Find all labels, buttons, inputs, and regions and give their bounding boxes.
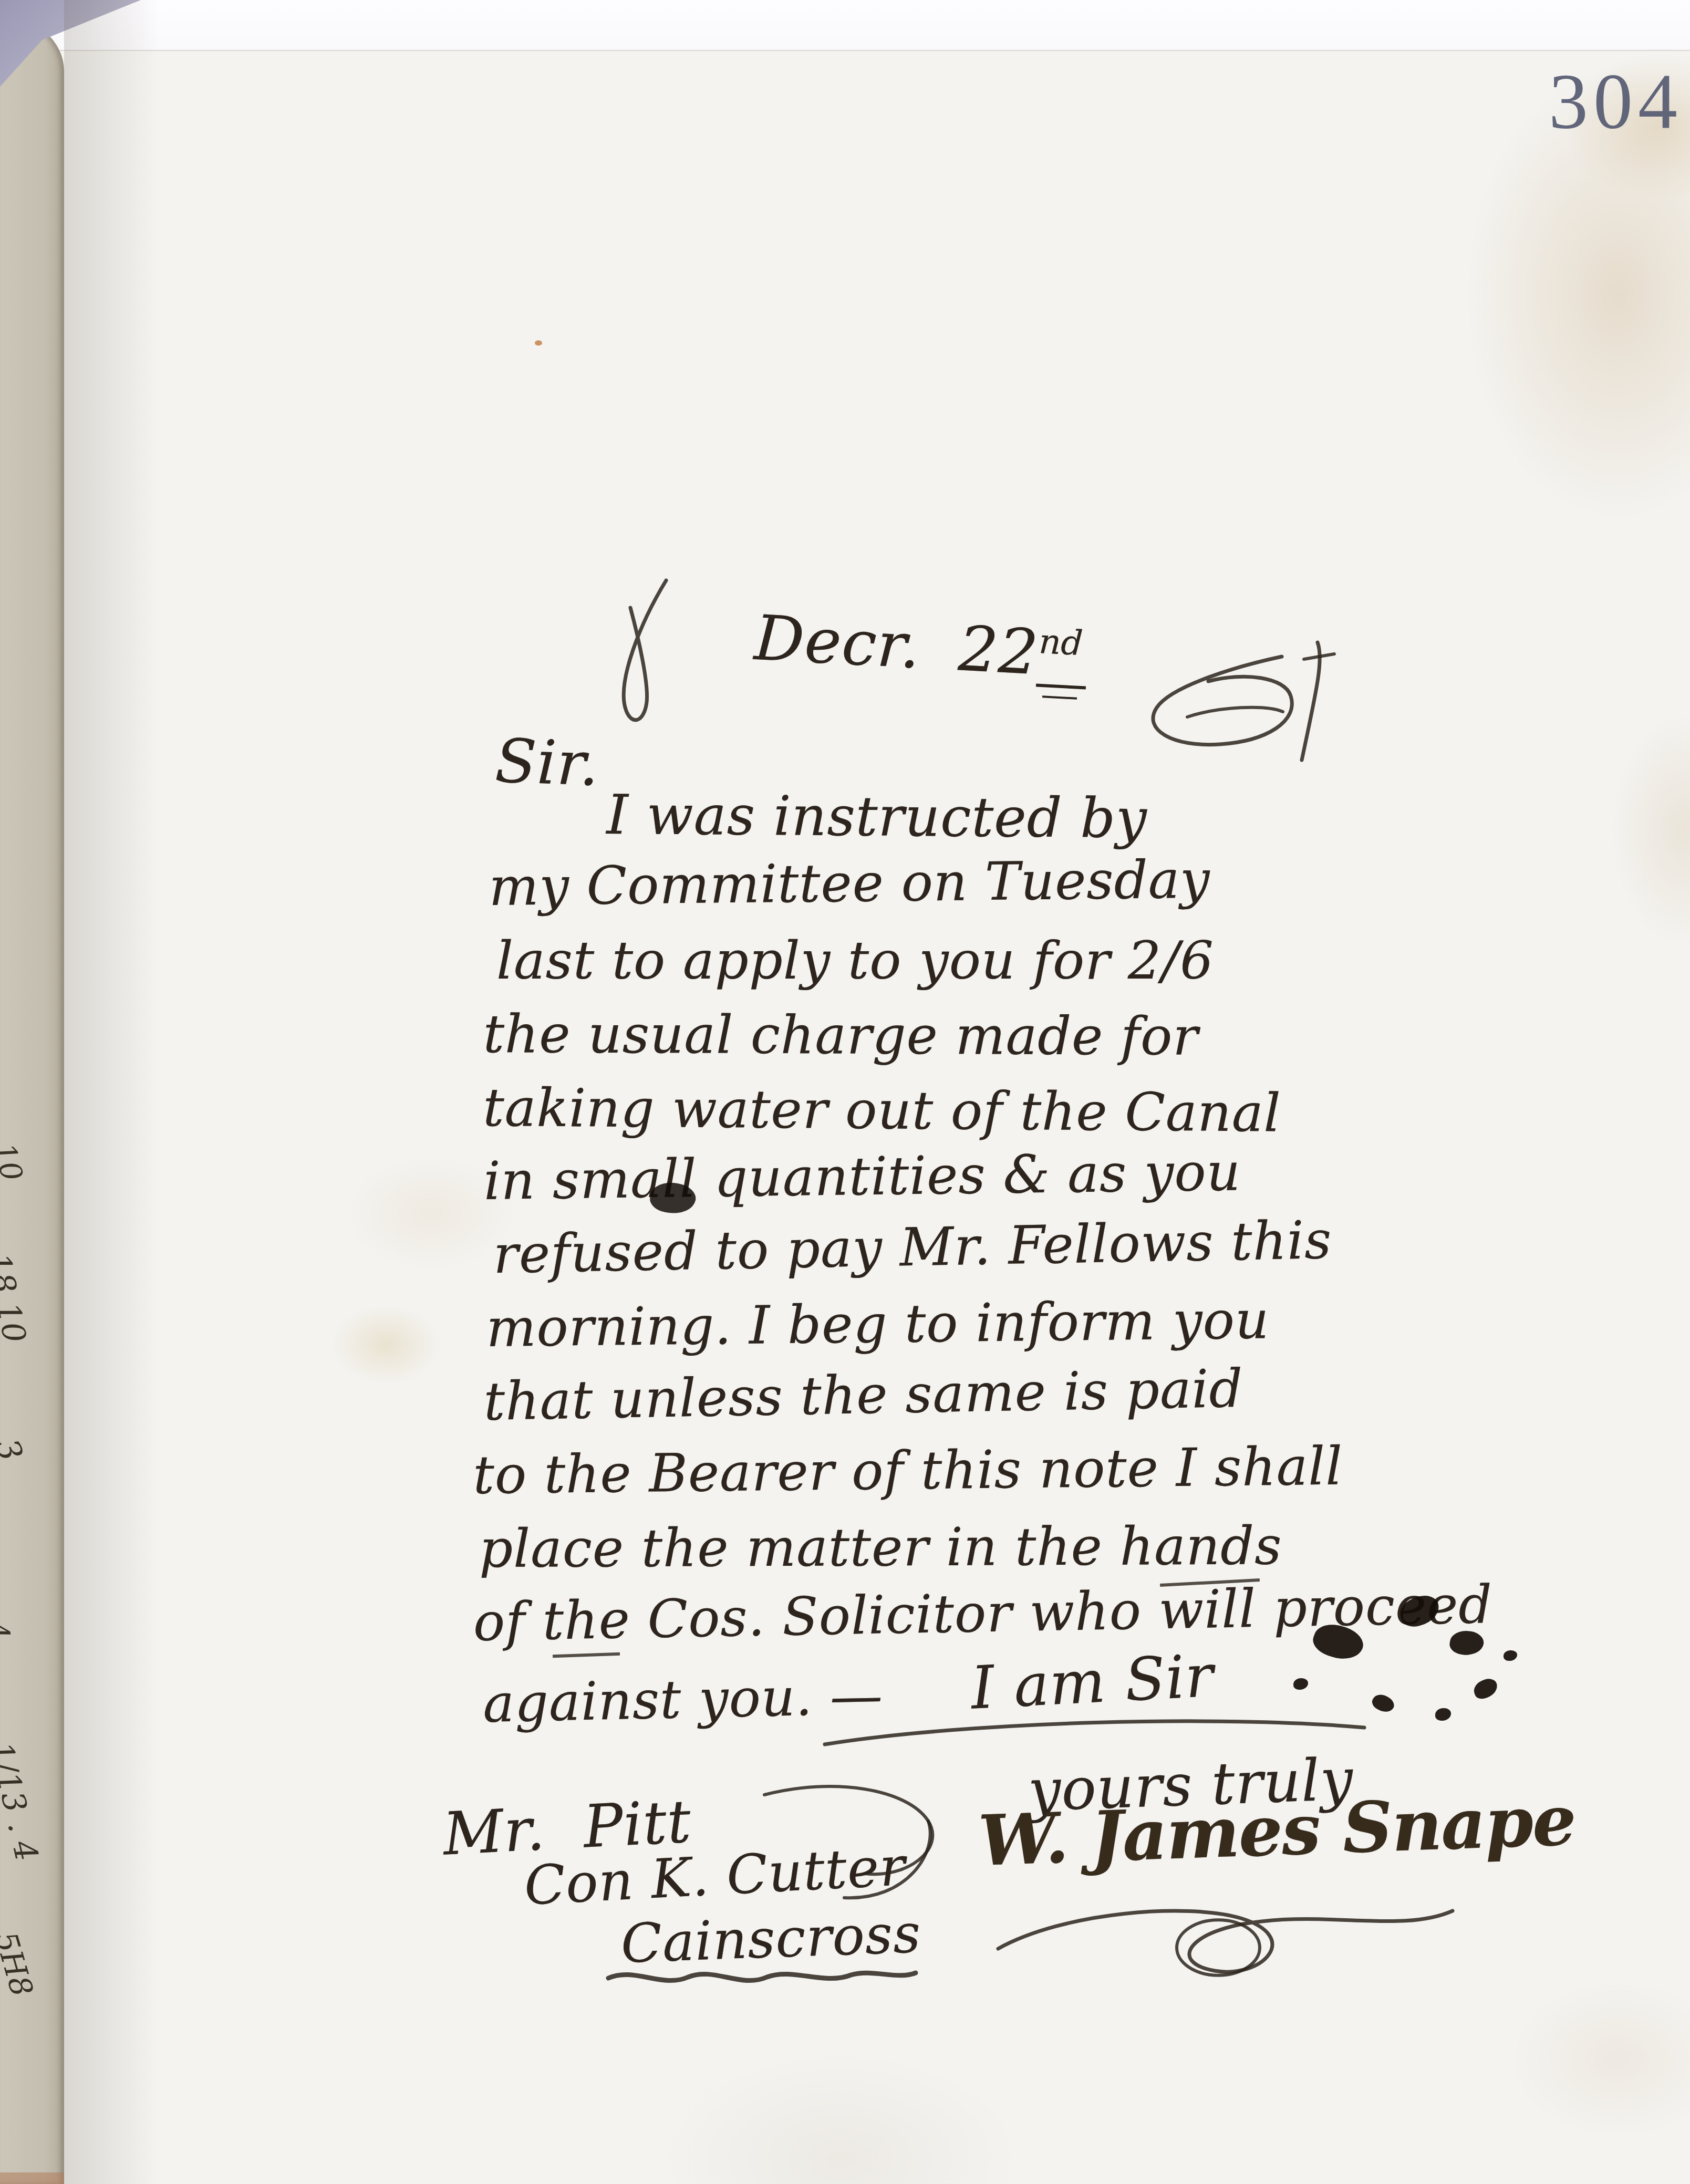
body-line: I was instructed by	[606, 783, 1147, 850]
date-ordinal: nd	[1038, 622, 1084, 663]
body-line: morning. I beg to inform you	[486, 1289, 1270, 1359]
page-top-edge	[0, 0, 1690, 51]
edge-writing-fragment: 4	[0, 1618, 17, 1643]
paper-speck	[535, 340, 542, 346]
body-line: the usual charge made for	[483, 1003, 1199, 1067]
pen-stroke-flourish	[594, 575, 683, 769]
signature-flourish	[967, 1880, 1471, 2001]
previous-page-edge: 10 18.10 3 4 1/13 . 4 5H8	[0, 16, 64, 2184]
letterbook-scan: 10 18.10 3 4 1/13 . 4 5H8 304 Decr. 22nd…	[0, 0, 1690, 2184]
body-line: last to apply to you for 2/6	[496, 930, 1214, 991]
cainscross-underline	[603, 1963, 924, 1995]
date-text: Decr. 22	[753, 601, 1041, 689]
edge-writing-fragment: 18.10	[0, 1250, 33, 1346]
address-flourish	[749, 1773, 974, 1915]
body-line: place the matter in the hands	[479, 1515, 1282, 1579]
edge-writing-fragment: 3	[0, 1434, 30, 1465]
body-line: to the Bearer of this note I shall	[473, 1436, 1343, 1506]
book-edge-bottom	[0, 2172, 64, 2184]
edge-writing-fragment: 5H8	[0, 1928, 40, 2000]
body-line: taking water out of the Canal	[483, 1077, 1281, 1144]
edge-writing-fragment: 1/13 . 4	[0, 1739, 45, 1865]
body-line: in small quantities & as you	[483, 1141, 1241, 1212]
gutter-shadow	[64, 0, 159, 2184]
folio-number: 304	[1549, 57, 1683, 147]
edge-writing-fragment: 10	[0, 1140, 29, 1184]
body-line: my Committee on Tuesday	[489, 849, 1210, 918]
date-flourish	[1108, 628, 1340, 775]
salutation: Sir.	[494, 726, 600, 800]
